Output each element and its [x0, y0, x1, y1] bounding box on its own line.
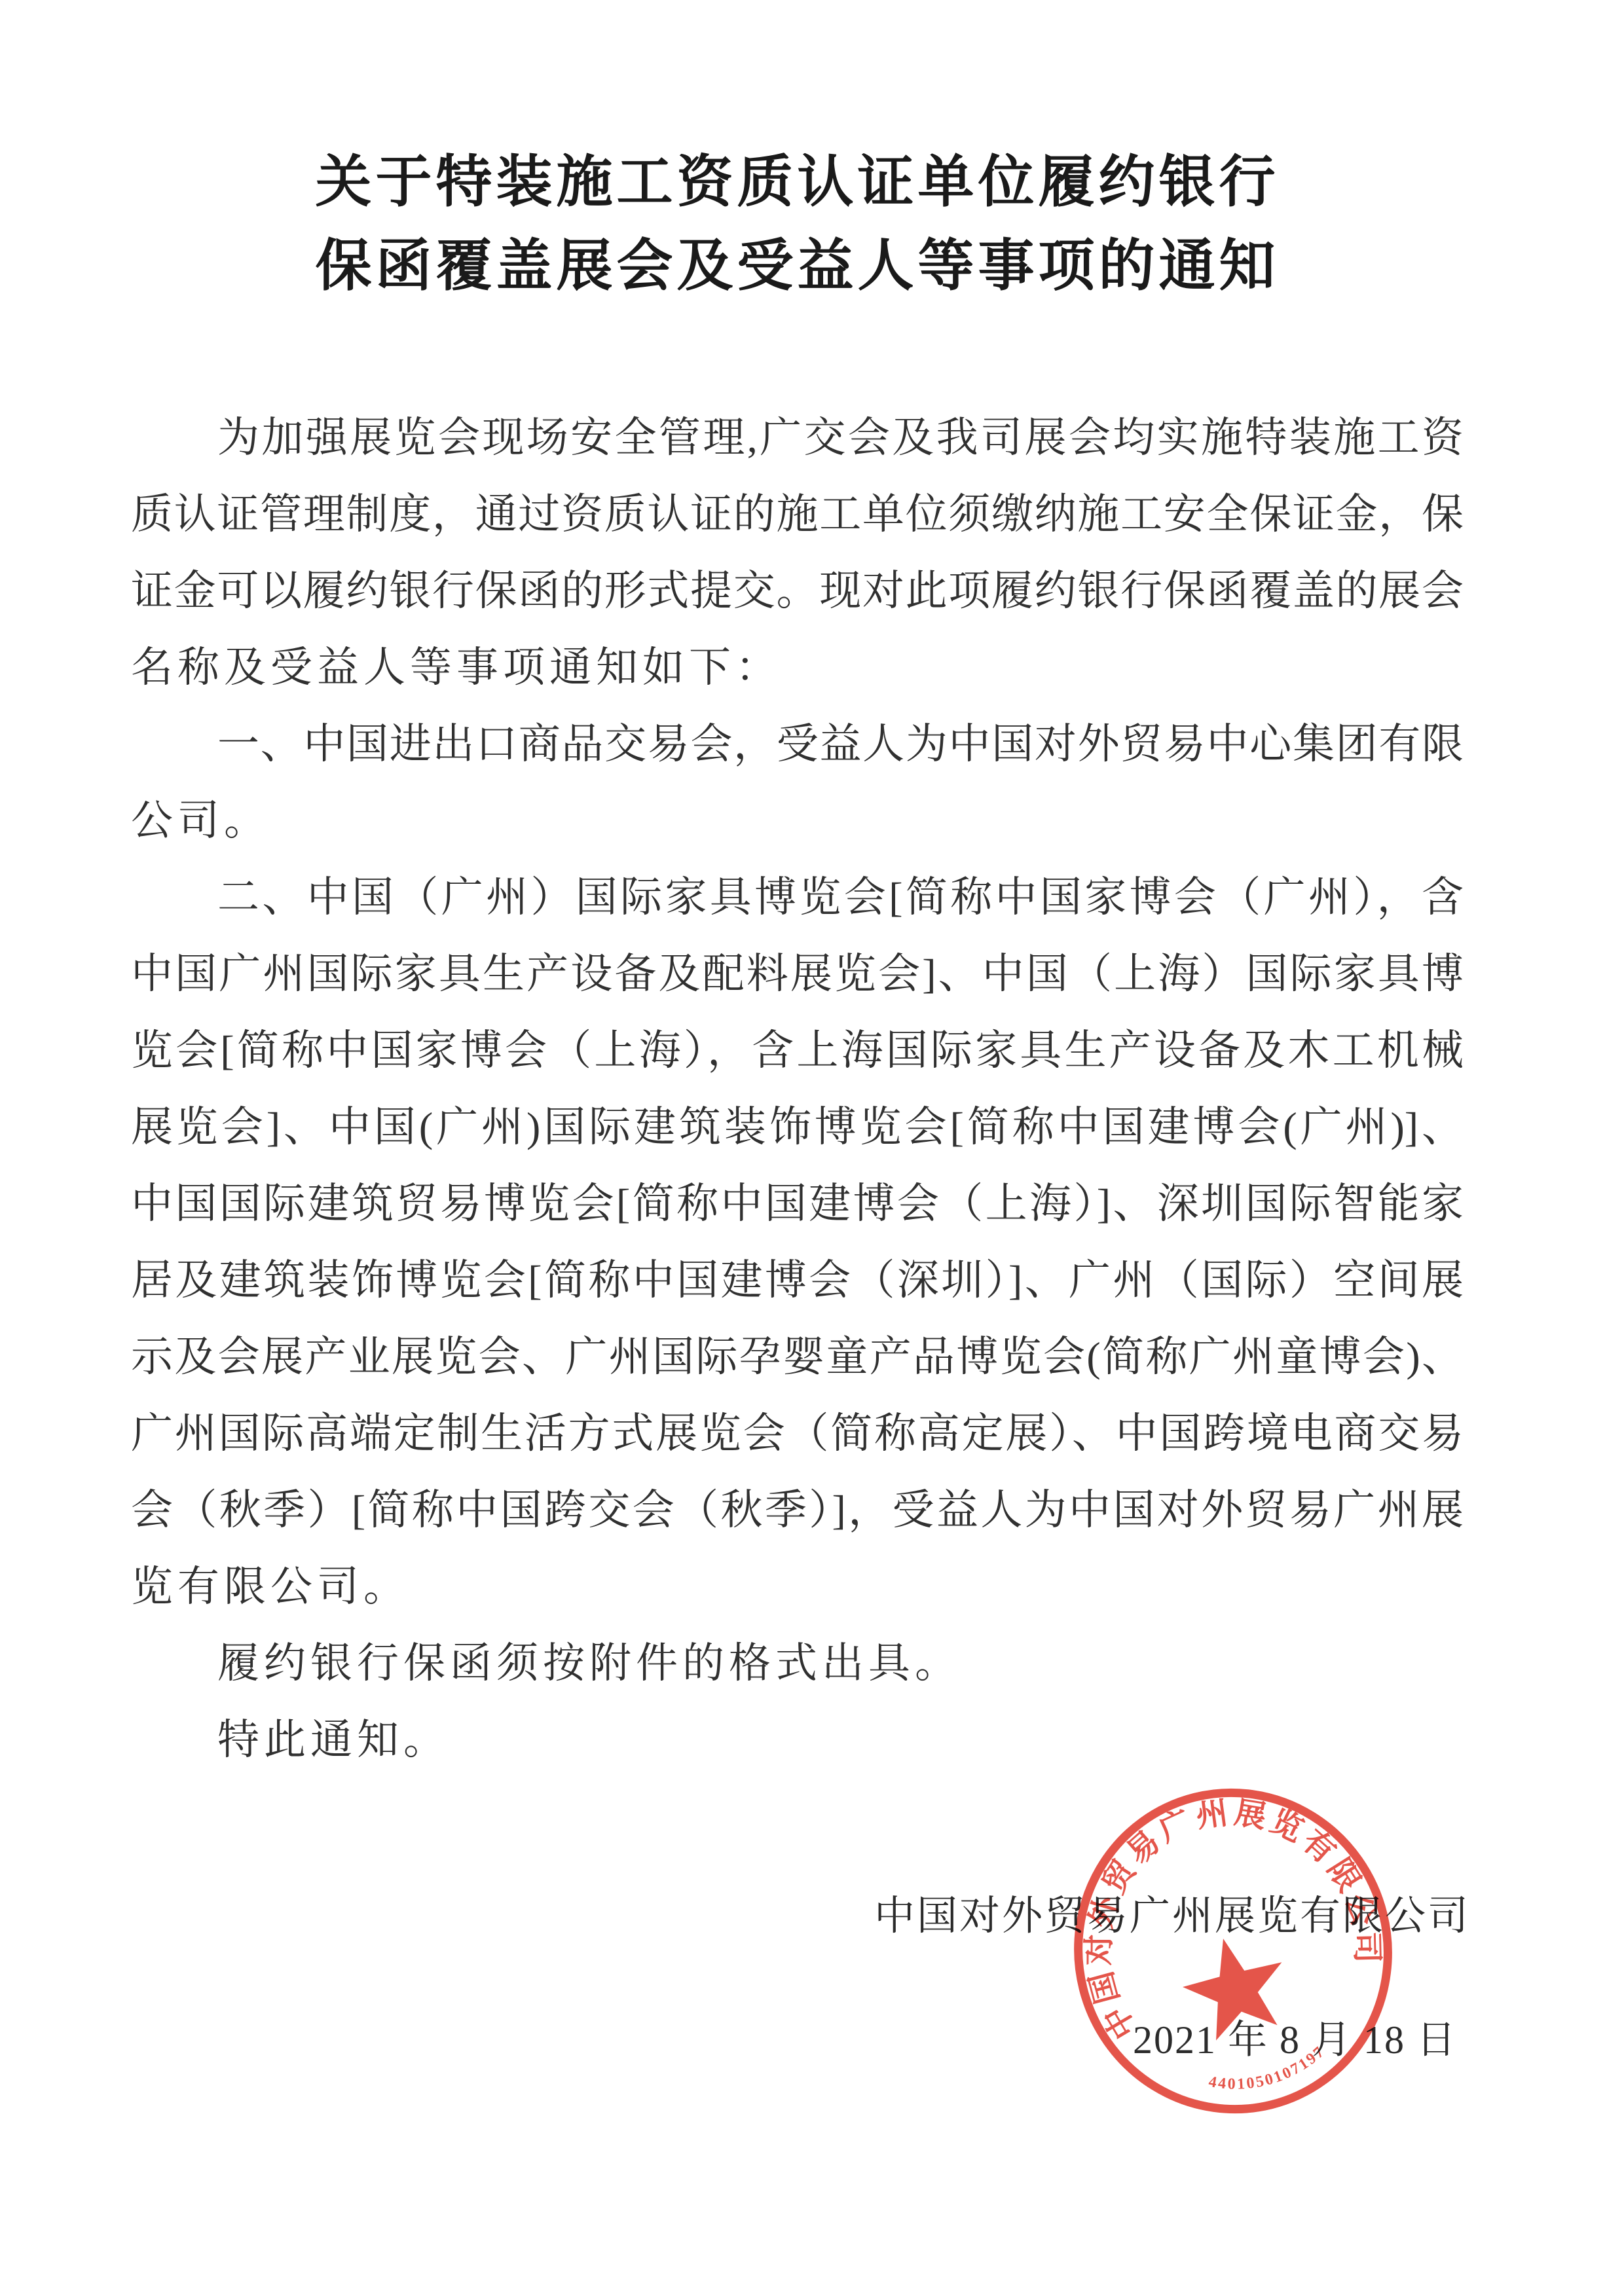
company-seal: 中国对外贸易广州展览有限公司 4401050107197 — [1030, 1755, 1436, 2174]
body-line: 证金可以履约银行保函的形式提交。现对此项履约银行保函覆盖的展会 — [131, 553, 1464, 629]
signature-company: 中国对外贸易广州展览有限公司 — [874, 1883, 1470, 1941]
document-body: 为加强展览会现场安全管理,广交会及我司展会均实施特装施工资 质认证管理制度，通过… — [131, 399, 1464, 1778]
body-line: 履约银行保函须按附件的格式出具。 — [131, 1625, 1464, 1702]
body-line: 二、中国（广州）国际家具博览会[简称中国家博会（广州），含 — [131, 859, 1464, 936]
signature-date: 2021 年 8 月 18 日 — [1133, 2009, 1457, 2065]
body-line: 示及会展产业展览会、广州国际孕婴童产品博览会(简称广州童博会)、 — [131, 1319, 1464, 1395]
body-line: 会（秋季）[简称中国跨交会（秋季）]，受益人为中国对外贸易广州展 — [131, 1472, 1464, 1548]
body-line: 览会[简称中国家博会（上海），含上海国际家具生产设备及木工机械 — [131, 1012, 1464, 1089]
seal-ring — [1044, 1760, 1421, 2142]
body-line: 展览会]、中国(广州)国际建筑装饰博览会[简称中国建博会(广州)]、 — [131, 1089, 1464, 1165]
body-line: 居及建筑装饰博览会[简称中国建博会（深圳）]、广州（国际）空间展 — [131, 1242, 1464, 1319]
document-title-line-2: 保函覆盖展会及受益人等事项的通知 — [131, 220, 1464, 301]
body-line: 中国国际建筑贸易博览会[简称中国建博会（上海）]、深圳国际智能家 — [131, 1165, 1464, 1242]
notice-document-page: 关于特装施工资质认证单位履约银行 保函覆盖展会及受益人等事项的通知 为加强展览会… — [0, 0, 1624, 2296]
body-line: 质认证管理制度，通过资质认证的施工单位须缴纳施工安全保证金，保 — [131, 476, 1464, 553]
body-line: 中国广州国际家具生产设备及配料展览会]、中国（上海）国际家具博 — [131, 936, 1464, 1012]
body-line: 一、中国进出口商品交易会，受益人为中国对外贸易中心集团有限 — [131, 706, 1464, 782]
body-line: 公司。 — [131, 782, 1464, 859]
body-line: 名称及受益人等事项通知如下： — [131, 629, 1464, 706]
body-line: 广州国际高端定制生活方式展览会（简称高定展）、中国跨境电商交易 — [131, 1395, 1464, 1472]
body-line: 览有限公司。 — [131, 1548, 1464, 1625]
body-line: 特此通知。 — [131, 1702, 1464, 1778]
document-title-line-1: 关于特装施工资质认证单位履约银行 — [131, 136, 1464, 217]
body-line: 为加强展览会现场安全管理,广交会及我司展会均实施特装施工资 — [131, 399, 1464, 476]
